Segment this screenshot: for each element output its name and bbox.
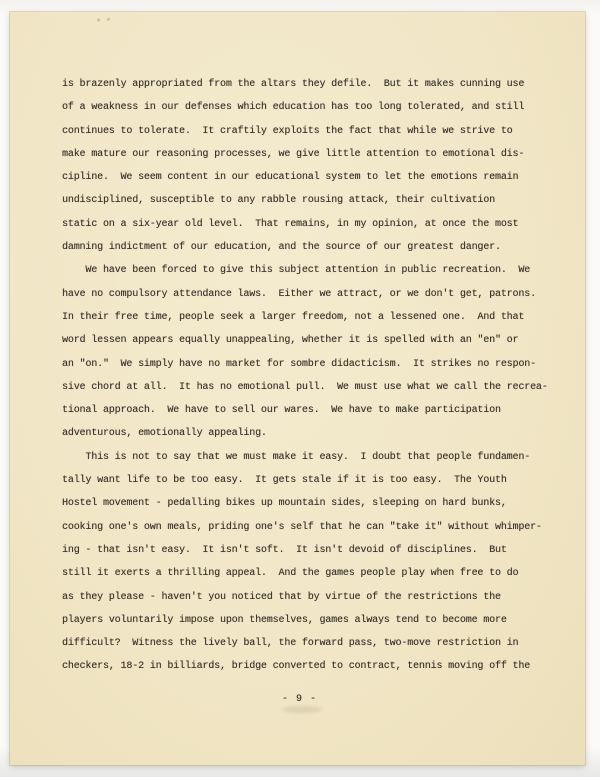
text-block: is brazenly appropriated from the altars… xyxy=(10,12,585,711)
paragraph-1: is brazenly appropriated from the altars… xyxy=(62,73,537,259)
scanned-document: is brazenly appropriated from the altars… xyxy=(0,0,600,777)
paper-smudge xyxy=(282,706,322,713)
paragraph-3: This is not to say that we must make it … xyxy=(62,446,537,679)
paper-sheet: is brazenly appropriated from the altars… xyxy=(10,12,585,765)
paragraph-2: We have been forced to give this subject… xyxy=(62,259,537,445)
